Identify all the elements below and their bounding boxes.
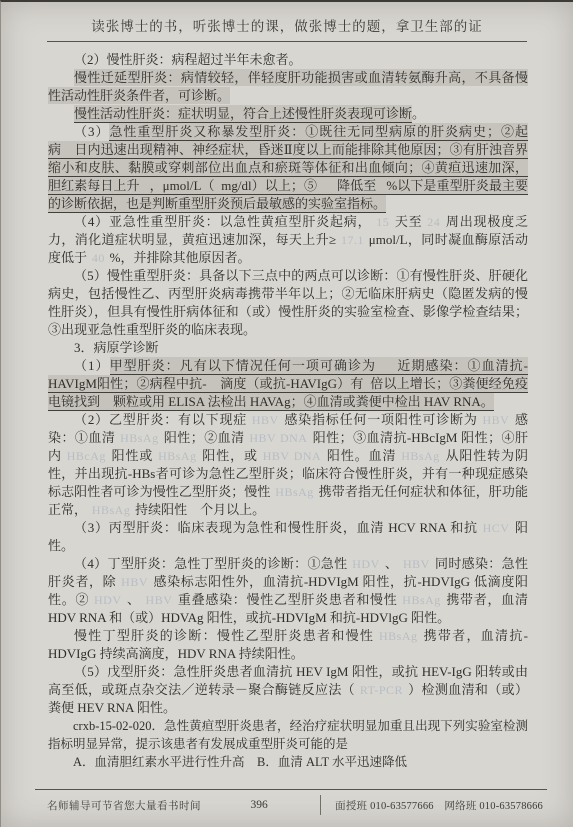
faint-answer-text: HBsAg xyxy=(401,449,440,463)
faint-answer-text: HBsAg xyxy=(275,485,314,499)
text-segment: A．血清胆红素水平进行性升高 B．血清 ALT 水平迅速降低 xyxy=(73,755,407,769)
faint-answer-text: HBcAg xyxy=(67,449,106,463)
text-segment: （4）亚急性重型肝炎：以急性黄疸型肝炎起病， xyxy=(74,214,371,229)
paragraph: （2）乙型肝炎：有以下现症HBV感染指标任何一项阳性可诊断为HBV感染：①血清H… xyxy=(48,411,528,519)
footer-divider xyxy=(320,795,321,815)
text-segment: （3） xyxy=(74,124,109,139)
faint-answer-text: HDV xyxy=(94,593,122,607)
paragraph: 慢性活动性肝炎：症状明显，符合上述慢性肝炎表现可诊断。 xyxy=(48,105,528,123)
text-segment: 阳性；②血清 xyxy=(163,430,244,445)
text-segment: （3）丙型肝炎：临床表现为急性和慢性肝炎，血清 HCV RNA 和抗 xyxy=(74,520,478,535)
faint-answer-text: HDV xyxy=(352,557,380,571)
faint-answer-text: RT-PCR xyxy=(360,683,403,697)
faint-answer-text: HBV xyxy=(403,557,430,571)
text-segment: 持续阳性 个月以上。 xyxy=(135,502,265,517)
text-segment: 。 xyxy=(412,106,425,121)
faint-answer-text: HBV xyxy=(252,413,279,427)
text-segment: （1） xyxy=(74,358,110,373)
paragraph: （2）慢性肝炎：病程超过半年未愈者。 xyxy=(48,51,528,69)
text-segment: 阳性或 xyxy=(111,448,154,463)
faint-answer-text: 15 xyxy=(376,215,389,229)
page-header: 读张博士的书，听张博士的课，做张博士的题，拿卫生部的证 xyxy=(1,2,573,42)
faint-answer-text: HCV xyxy=(483,521,510,535)
highlight-underline-text: 急性重型肝炎又称暴发型肝炎：①既往无同型病原的肝炎病史；②起病 日内迅速出现精神… xyxy=(48,123,528,213)
faint-answer-text: 40 xyxy=(92,251,105,265)
body-paragraphs: （2）慢性肝炎：病程超过半年未愈者。慢性迁延型肝炎：病情较轻，伴轻度肝功能损害或… xyxy=(1,51,573,771)
footer-contact: 面授班 010-63577666 网络班 010-63578666 xyxy=(335,798,543,813)
faint-answer-text: HBV xyxy=(146,593,173,607)
faint-answer-text: HBV DNA xyxy=(249,431,307,445)
footer-row: 名师辅导可节省您大量看书时间 396 面授班 010-63577666 网络班 … xyxy=(1,790,573,815)
text-segment: 、 xyxy=(126,592,140,607)
text-segment: crxb-15-02-020．急性黄疸型肝炎患者，经治疗症状明显加重且出现下列实… xyxy=(48,719,528,751)
text-segment: 天至 xyxy=(394,214,422,229)
paragraph: （3）丙型肝炎：临床表现为急性和慢性肝炎，血清 HCV RNA 和抗HCV阳性。 xyxy=(48,519,528,555)
faint-answer-text: HBsAg xyxy=(379,629,418,643)
page-footer: 名师辅导可节省您大量看书时间 396 面授班 010-63577666 网络班 … xyxy=(1,789,573,815)
text-segment: （2）慢性肝炎：病程超过半年未愈者。 xyxy=(74,52,302,67)
paragraph: （4）亚急性重型肝炎：以急性黄疸型肝炎起病，15天至24周出现极度乏力，消化道症… xyxy=(48,213,528,267)
text-segment: （2）乙型肝炎：有以下现症 xyxy=(74,412,247,427)
text-segment: 阳性。血清 xyxy=(326,448,396,463)
page-number: 396 xyxy=(204,799,314,811)
faint-answer-text: HBsAg xyxy=(120,431,159,445)
paragraph: A．血清胆红素水平进行性升高 B．血清 ALT 水平迅速降低 xyxy=(48,753,528,771)
text-segment: （5）慢性重型肝炎：具备以下三点中的两点可以诊断：①有慢性肝炎、肝硬化病史，包括… xyxy=(48,268,528,337)
paragraph: （5）戊型肝炎：急性肝炎患者血清抗 HEV IgM 阳性，或抗 HEV-IgG … xyxy=(48,663,528,717)
faint-answer-text: HBV xyxy=(121,575,148,589)
scanned-page: 读张博士的书，听张博士的课，做张博士的题，拿卫生部的证 （2）慢性肝炎：病程超过… xyxy=(0,0,573,827)
paragraph: 慢性迁延型肝炎：病情较轻，伴轻度肝功能损害或血清转氨酶升高，不具备慢性活动性肝炎… xyxy=(48,69,528,105)
highlight-underline-text: 甲型肝炎：凡有以下情况任何一项可确诊为 近期感染：①血清抗-HAVIgM阳性；②… xyxy=(48,357,528,411)
footer-left-slogan: 名师辅导可节省您大量看书时间 xyxy=(47,798,204,813)
text-segment: 3．病原学诊断 xyxy=(74,340,159,355)
text-segment: 慢性丁型肝炎的诊断：慢性乙型肝炎患者和慢性 xyxy=(74,628,374,643)
header-slogan: 读张博士的书，听张博士的课，做张博士的题，拿卫生部的证 xyxy=(1,15,573,35)
faint-answer-text: 17.1 xyxy=(341,233,364,247)
paragraph: （1）甲型肝炎：凡有以下情况任何一项可确诊为 近期感染：①血清抗-HAVIgM阳… xyxy=(48,357,528,411)
highlight-underline-text: 慢性活动性肝炎：症状明显，符合上述慢性肝炎表现可诊断 xyxy=(74,105,412,123)
header-rule xyxy=(47,41,527,42)
text-segment: %，并排除其他原因者。 xyxy=(110,250,251,265)
faint-answer-text: HBsAg xyxy=(158,449,197,463)
highlight-text: 慢性迁延型肝炎：病情较轻，伴轻度肝功能损害或血清转氨酶升高，不具备慢性活动性肝炎… xyxy=(48,69,528,104)
text-segment: 感染指标任何一项阳性可诊断为 xyxy=(284,412,478,427)
faint-answer-text: HBsAg xyxy=(402,593,441,607)
paragraph: （3）急性重型肝炎又称暴发型肝炎：①既往无同型病原的肝炎病史；②起病 日内迅速出… xyxy=(48,123,528,213)
faint-answer-text: 24 xyxy=(427,215,440,229)
paragraph: （5）慢性重型肝炎：具备以下三点中的两点可以诊断：①有慢性肝炎、肝硬化病史，包括… xyxy=(48,267,528,339)
text-segment: （4）丁型肝炎：急性丁型肝炎的诊断：①急性 xyxy=(74,556,347,571)
text-segment: 阳性，或 xyxy=(201,448,258,463)
paragraph: （4）丁型肝炎：急性丁型肝炎的诊断：①急性HDV、HBV同时感染：急性肝炎者，除… xyxy=(48,555,528,627)
text-segment: 、 xyxy=(385,556,399,571)
faint-answer-text: HBV DNA xyxy=(263,449,322,463)
paragraph: 3．病原学诊断 xyxy=(48,339,528,357)
text-segment: 重叠感染：慢性乙型肝炎患者和慢性 xyxy=(177,592,397,607)
paragraph: 慢性丁型肝炎的诊断：慢性乙型肝炎患者和慢性HBsAg携带者，血清抗-HDVIgG… xyxy=(48,627,528,663)
faint-answer-text: HBV xyxy=(483,413,510,427)
faint-answer-text: HBsAg xyxy=(92,503,131,517)
paragraph: crxb-15-02-020．急性黄疸型肝炎患者，经治疗症状明显加重且出现下列实… xyxy=(48,717,528,753)
